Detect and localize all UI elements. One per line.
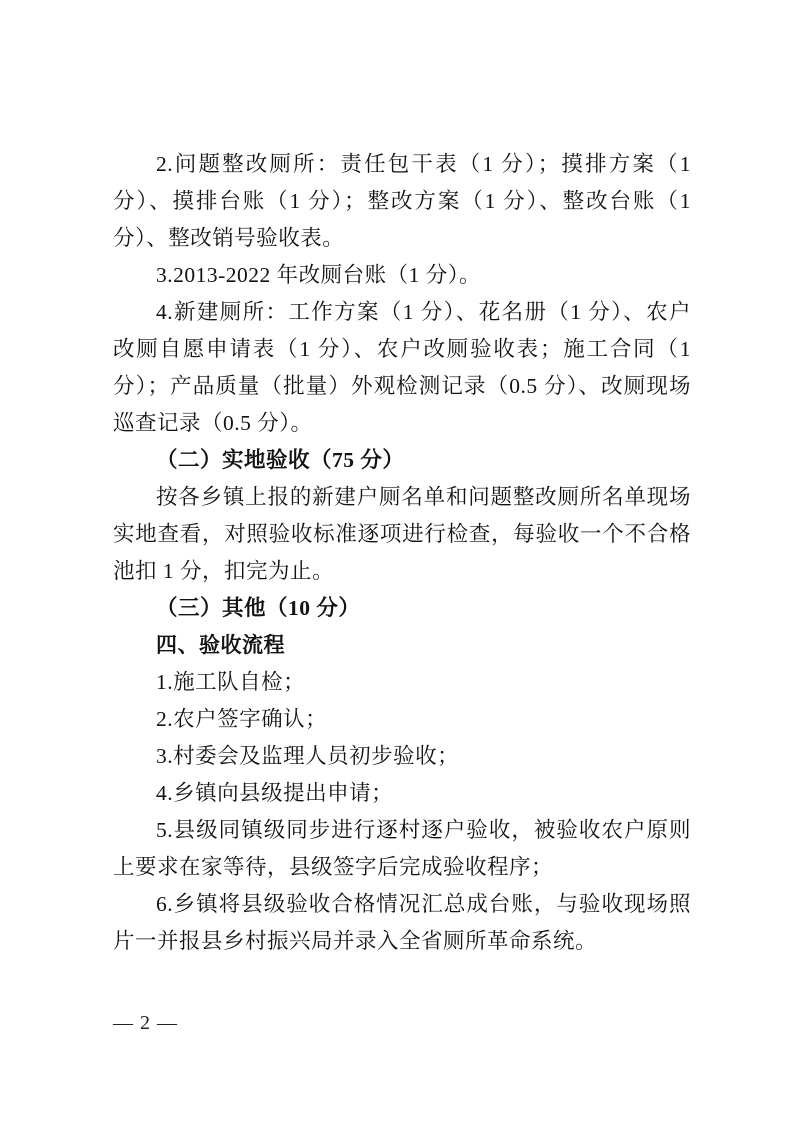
list-item-ledger-2013-2022: 3.2013-2022 年改厕台账（1 分）。	[113, 257, 691, 294]
heading-section-2-field-acceptance: （二）实地验收（75 分）	[113, 442, 691, 479]
document-page: 2.问题整改厕所：责任包干表（1 分）；摸排方案（1 分）、摸排台账（1 分）；…	[0, 0, 794, 1122]
heading-section-3-other: （三）其他（10 分）	[113, 590, 691, 627]
flow-step-5: 5.县级同镇级同步进行逐村逐户验收，被验收农户原则上要求在家等待，县级签字后完成…	[113, 812, 691, 886]
flow-step-1: 1.施工队自检；	[113, 664, 691, 701]
document-body: 2.问题整改厕所：责任包干表（1 分）；摸排方案（1 分）、摸排台账（1 分）；…	[113, 146, 691, 960]
page-number: — 2 —	[113, 1008, 178, 1038]
heading-chapter-4-acceptance-process: 四、验收流程	[113, 627, 691, 664]
list-item-new-toilets: 4.新建厕所：工作方案（1 分）、花名册（1 分）、农户改厕自愿申请表（1 分）…	[113, 294, 691, 442]
flow-step-2: 2.农户签字确认；	[113, 701, 691, 738]
flow-step-6: 6.乡镇将县级验收合格情况汇总成台账，与验收现场照片一并报县乡村振兴局并录入全省…	[113, 886, 691, 960]
list-item-problem-toilets: 2.问题整改厕所：责任包干表（1 分）；摸排方案（1 分）、摸排台账（1 分）；…	[113, 146, 691, 257]
flow-step-4: 4.乡镇向县级提出申请；	[113, 775, 691, 812]
flow-step-3: 3.村委会及监理人员初步验收；	[113, 738, 691, 775]
paragraph-field-check: 按各乡镇上报的新建户厕名单和问题整改厕所名单现场实地查看，对照验收标准逐项进行检…	[113, 479, 691, 590]
